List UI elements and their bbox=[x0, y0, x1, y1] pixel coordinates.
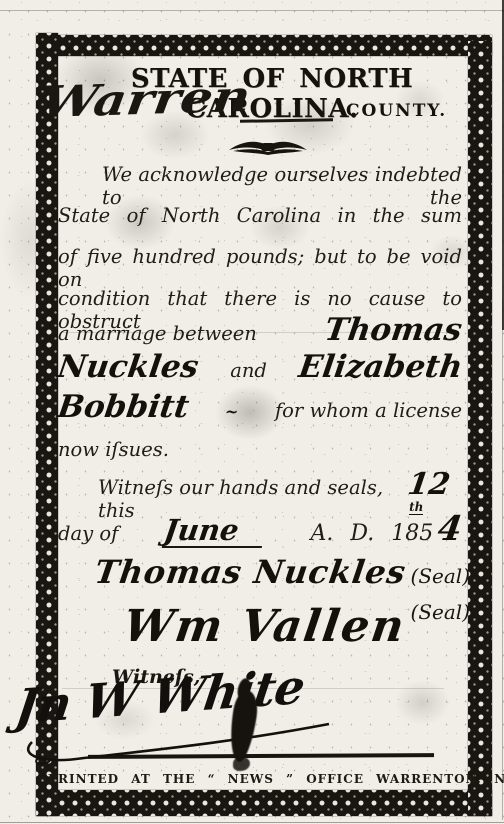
ad-prefix: A. D. 185 bbox=[311, 521, 434, 546]
signature-line-groom: Thomas Nuckles(Seal) bbox=[95, 556, 470, 588]
groom-first-name-handwritten: Thomas bbox=[323, 315, 464, 346]
groom-signature: Thomas Nuckles bbox=[92, 556, 407, 588]
bond-text-segment: a marriage between bbox=[58, 322, 257, 345]
signature-line-bondsman: Wm Vallen(Seal) bbox=[124, 600, 470, 649]
marriage-bond-document: STATE OF NORTH CAROLINA. Warren COUNTY. … bbox=[0, 0, 504, 824]
border-top-strip bbox=[50, 35, 492, 56]
bond-text-line: Bobbitt ~ for whom a license bbox=[58, 392, 462, 423]
groom-last-name-handwritten: Nuckles bbox=[56, 352, 201, 383]
scan-right-edge-faint bbox=[502, 300, 504, 820]
county-label: COUNTY. bbox=[346, 101, 447, 121]
bride-last-name-handwritten: Bobbitt bbox=[56, 392, 191, 423]
scan-bottom-edge bbox=[0, 822, 504, 824]
bond-text-line: State of North Carolina in the sum bbox=[58, 204, 462, 227]
bond-text-segment: for whom a license bbox=[275, 399, 462, 422]
printer-imprint: PRINTED AT THE “ NEWS ” OFFICE WARRENTON… bbox=[48, 772, 478, 786]
year-group: A. D. 185 4 bbox=[311, 512, 462, 547]
date-line: day of June A. D. 185 4 bbox=[58, 512, 462, 548]
bond-text-line: of five hundred pounds; but to be void o… bbox=[58, 245, 462, 292]
year-digit-handwritten: 4 bbox=[436, 512, 464, 546]
day-of-label: day of bbox=[58, 522, 118, 545]
border-right-strip bbox=[468, 41, 492, 816]
signature-flourish bbox=[24, 712, 354, 768]
winged-ornament-icon bbox=[227, 136, 309, 160]
paper-top-edge bbox=[0, 10, 504, 11]
bond-text-segment: and bbox=[230, 359, 267, 382]
bond-text-line: Nuckles and Elizabeth bbox=[58, 352, 462, 383]
county-name-handwritten: Warren bbox=[38, 76, 253, 125]
bride-first-name-handwritten: Elizabeth bbox=[297, 352, 464, 383]
border-bottom-strip bbox=[36, 790, 492, 816]
flourish-tilde: ~ bbox=[224, 402, 240, 421]
bond-text-line: a marriage between Thomas bbox=[58, 315, 462, 346]
month-handwritten: June bbox=[162, 516, 267, 548]
seal-label: (Seal) bbox=[411, 600, 470, 624]
bond-text-line: now iſsues. bbox=[58, 438, 462, 461]
seal-label: (Seal) bbox=[411, 564, 470, 588]
bond-text-line: We acknowledge ourselves indebted to the bbox=[58, 163, 462, 210]
bondsman-signature: Wm Vallen bbox=[121, 605, 408, 649]
